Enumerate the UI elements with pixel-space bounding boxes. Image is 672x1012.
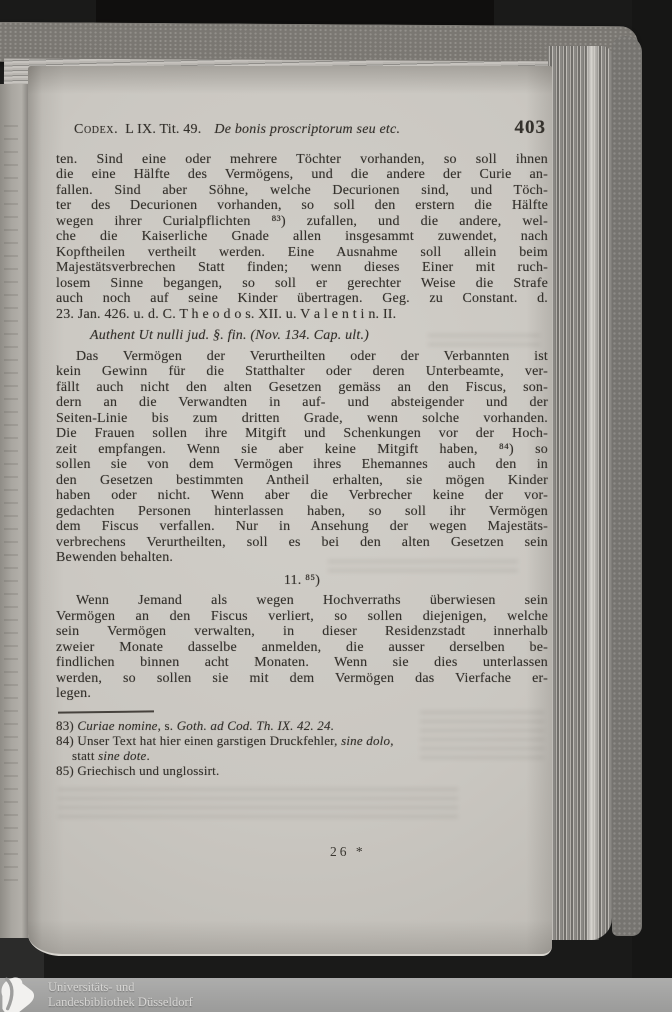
text-line: haben oder nicht. Wenn aber die Verbrech… [56, 488, 548, 504]
header-page-number: 403 [515, 120, 549, 136]
text-line: Seiten-Linie bis zum dritten Grade, wenn… [56, 411, 548, 427]
header-chapter-title: De bonis proscriptorum seu etc. [214, 122, 400, 138]
library-name-line2: Landesbibliothek Düsseldorf [48, 995, 193, 1010]
text-line: den Gesetzen bestimmten Antheil erhalten… [56, 473, 548, 489]
bleed-through-smudge [58, 788, 458, 822]
text-line: ten. Sind eine oder mehrere Töchter vorh… [56, 152, 548, 168]
book-right-cover-edge [612, 36, 642, 936]
text-line: Bewenden behalten. [56, 550, 548, 566]
text-line: Die Frauen sollen ihre Mitgift und Schen… [56, 426, 548, 442]
text-line: zweier Monate dasselbe anmelden, die aus… [56, 640, 548, 656]
text-line: die eine Hälfte des Vermögens, und die a… [56, 167, 548, 183]
text-line: kein Gewinn für die Statthalter oder der… [56, 364, 548, 380]
footnote-line: 84) Unser Text hat hier einen garstigen … [56, 733, 548, 748]
scan-viewport: Codex. L IX. Tit. 49. De bonis proscript… [0, 0, 672, 1012]
text-line: gedachten Personen hinterlassen haben, s… [56, 504, 548, 520]
text-line: zeit empfangen. Wenn sie aber keine Mitg… [56, 442, 548, 458]
text-line: verbrechens Verurtheilten, soll es bei d… [56, 535, 548, 551]
text-line: losem Sinne begangen, so soll er gerecht… [56, 276, 548, 292]
text-line: Vermögen an den Fiscus verliert, so soll… [56, 609, 548, 625]
library-name: Universitäts- und Landesbibliothek Düsse… [48, 980, 193, 1010]
adjacent-page-gutter [0, 84, 30, 940]
footnote-line: 85) Griechisch und unglossirt. [56, 763, 548, 778]
text-line: Das Vermögen der Verurtheilten oder der … [56, 349, 548, 365]
footnotes: 83) Curiae nomine, s. Goth. ad Cod. Th. … [56, 718, 548, 778]
text-line: fällt auch nicht den alten Gesetzen gemä… [56, 380, 548, 396]
section-heading: Authent Ut nulli jud. §. fin. (Nov. 134.… [90, 328, 548, 344]
footnote-line: 83) Curiae nomine, s. Goth. ad Cod. Th. … [56, 718, 548, 733]
text-line: Majestätsverbrechen Statt finden; wenn d… [56, 260, 548, 276]
text-line: ter des Decurionen vorhanden, so soll de… [56, 198, 548, 214]
page-content: Codex. L IX. Tit. 49. De bonis proscript… [56, 120, 548, 778]
text-line: Kopftheilen vertheilt werden. Eine Ausna… [56, 245, 548, 261]
library-logo-icon [0, 974, 36, 1012]
footnote-separator-rule [58, 710, 154, 713]
paragraph: Das Vermögen der Verurtheilten oder der … [56, 349, 548, 566]
paragraph: Wenn Jemand als wegen Hochverraths überw… [56, 593, 548, 702]
section-number: 11. ⁸⁵) [56, 573, 548, 589]
header-codex-label: Codex. [74, 122, 118, 138]
text-line: sollen sie von dem Vermögen ihres Eheman… [56, 457, 548, 473]
header-citation: L IX. Tit. 49. [125, 122, 201, 138]
text-line: sein Vermögen verwalten, in dieser Resid… [56, 624, 548, 640]
footnote-line: statt sine dote. [56, 748, 548, 763]
text-line: dern an die Verwandten in auf- und abste… [56, 395, 548, 411]
paragraph: ten. Sind eine oder mehrere Töchter vorh… [56, 152, 548, 323]
signature-mark: 26 * [330, 844, 366, 860]
running-header: Codex. L IX. Tit. 49. De bonis proscript… [56, 120, 548, 138]
text-line: Wenn Jemand als wegen Hochverraths überw… [56, 593, 548, 609]
text-line: che die Kaiserliche Gnade allen insgesam… [56, 229, 548, 245]
text-line: dem Fiscus verfallen. Nur in Ansehung de… [56, 519, 548, 535]
text-line: wegen ihrer Curialpflichten ⁸³) zufallen… [56, 214, 548, 230]
scanned-page: Codex. L IX. Tit. 49. De bonis proscript… [28, 66, 552, 956]
text-line: 23. Jan. 426. u. d. C. T h e o d o s. XI… [56, 307, 548, 323]
text-line: findlichen binnen acht Monaten. Wenn sie… [56, 655, 548, 671]
text-line: auch noch auf seine Kinder übertragen. G… [56, 291, 548, 307]
library-footer-bar: Universitäts- und Landesbibliothek Düsse… [0, 978, 672, 1012]
text-line: werden, so sollen sie mit dem Vermögen d… [56, 671, 548, 687]
library-name-line1: Universitäts- und [48, 980, 193, 995]
text-line: fallen. Sind aber Söhne, welche Decurion… [56, 183, 548, 199]
book-fore-edge-pages [548, 46, 612, 940]
text-line: legen. [56, 686, 548, 702]
